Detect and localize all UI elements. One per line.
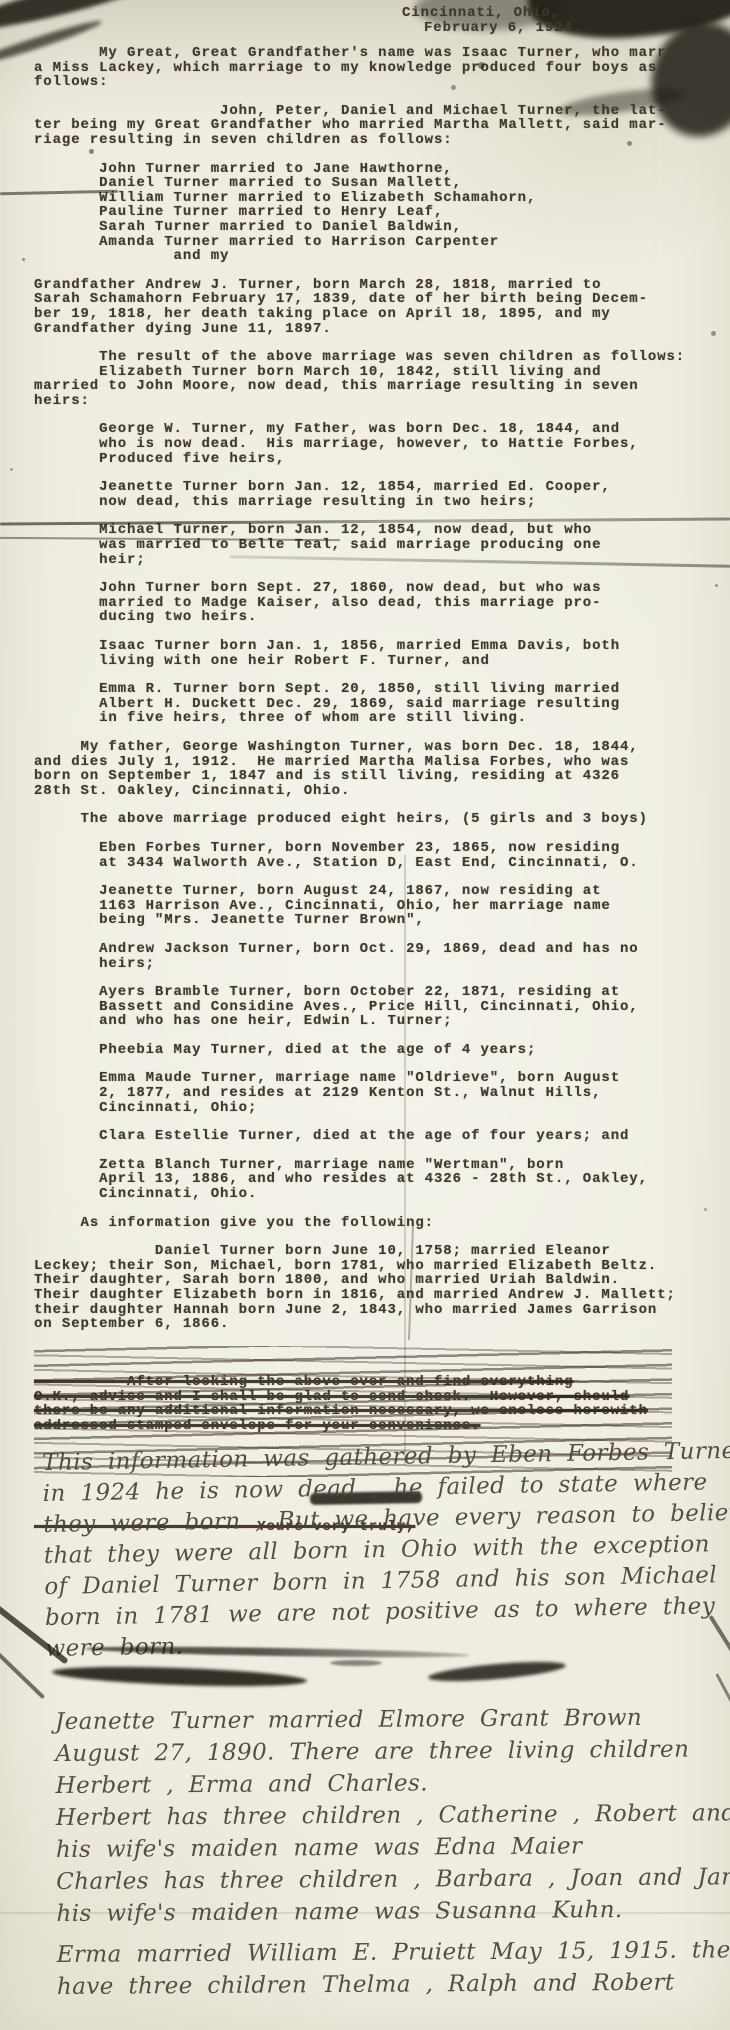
paragraph-as-information: As information give you the following: [34, 1216, 706, 1231]
entry-michael-turner: Michael Turner, born Jan. 12, 1854, now … [34, 523, 706, 567]
entry-george-w-turner: George W. Turner, my Father, was born De… [34, 422, 706, 466]
ink-smudge-bottom-left [52, 1664, 307, 1690]
handwritten-line: his wife's maiden name was Susanna Kuhn. [56, 1893, 730, 1930]
scanned-letter-page: Cincinnati, Ohio, February 6, 1924. My G… [0, 0, 730, 2030]
paragraph-eight-heirs: The above marriage produced eight heirs,… [34, 812, 706, 827]
typed-body: My Great, Great Grandfather's name was I… [34, 46, 706, 1579]
handwritten-note-descendants: Jeanette Turner married Elmore Grant Bro… [55, 1701, 730, 2003]
slash-bottom-left-2 [0, 1641, 45, 1699]
handwritten-line: Jeanette Turner married Elmore Grant Bro… [55, 1701, 730, 1738]
handwritten-line: Charles has three children , Barbara , J… [56, 1861, 730, 1898]
entry-jeanette-turner-brown: Jeanette Turner, born August 24, 1867, n… [34, 884, 706, 928]
handwritten-line: August 27, 1890. There are three living … [55, 1733, 730, 1770]
entry-andrew-jackson-turner: Andrew Jackson Turner, born Oct. 29, 186… [34, 942, 706, 971]
paragraph-father-george-washington: My father, George Washington Turner, was… [34, 740, 706, 798]
paragraph-seven-children: The result of the above marriage was sev… [34, 350, 706, 408]
entry-zetta-blanch-turner: Zetta Blanch Turner, marriage name "Wert… [34, 1158, 706, 1202]
handwritten-line: Herbert , Erma and Charles. [55, 1765, 730, 1802]
list-marriages: John Turner married to Jane Hawthorne, D… [34, 162, 706, 264]
ink-smudge-bottom-right [428, 1658, 567, 1685]
entry-pheebia-may-turner: Pheebia May Turner, died at the age of 4… [34, 1043, 706, 1058]
paragraph-daniel-turner-lineage: Daniel Turner born June 10, 1758; marrie… [34, 1244, 706, 1332]
ink-smudge-bottom-small [330, 1660, 382, 1666]
handwritten-line: have three children Thelma , Ralph and R… [57, 1966, 730, 2003]
crossed-out-text: After looking the above over and find ev… [34, 1375, 706, 1433]
entry-emma-maude-turner: Emma Maude Turner, marriage name "Oldrie… [34, 1071, 706, 1115]
handwritten-line: Herbert has three children , Catherine ,… [56, 1797, 730, 1834]
letter-dateline: Cincinnati, Ohio, February 6, 1924. [402, 6, 582, 35]
dateline-place: Cincinnati, Ohio, [402, 6, 582, 21]
paragraph-four-sons: John, Peter, Daniel and Michael Turner, … [34, 104, 706, 148]
handwritten-line: Erma married William E. Pruiett May 15, … [57, 1934, 730, 1971]
paragraph-great-great-grandfather: My Great, Great Grandfather's name was I… [34, 46, 706, 90]
entry-clara-estellie-turner: Clara Estellie Turner, died at the age o… [34, 1129, 706, 1144]
ink-specks [0, 0, 3, 3]
entry-ayers-bramble-turner: Ayers Bramble Turner, born October 22, 1… [34, 985, 706, 1029]
handwritten-note-provenance: This information was gathered by Eben Fo… [42, 1436, 730, 1665]
dateline-date: February 6, 1924. [424, 21, 582, 36]
entry-isaac-turner: Isaac Turner born Jan. 1, 1856, married … [34, 639, 706, 668]
handwritten-line: his wife's maiden name was Edna Maier [56, 1829, 730, 1866]
entry-emma-r-turner: Emma R. Turner born Sept. 20, 1850, stil… [34, 682, 706, 726]
entry-john-turner: John Turner born Sept. 27, 1860, now dea… [34, 581, 706, 625]
entry-jeanette-turner-cooper: Jeanette Turner born Jan. 12, 1854, marr… [34, 480, 706, 509]
paragraph-grandfather-andrew: Grandfather Andrew J. Turner, born March… [34, 278, 706, 336]
entry-eben-forbes-turner: Eben Forbes Turner, born November 23, 18… [34, 841, 706, 870]
